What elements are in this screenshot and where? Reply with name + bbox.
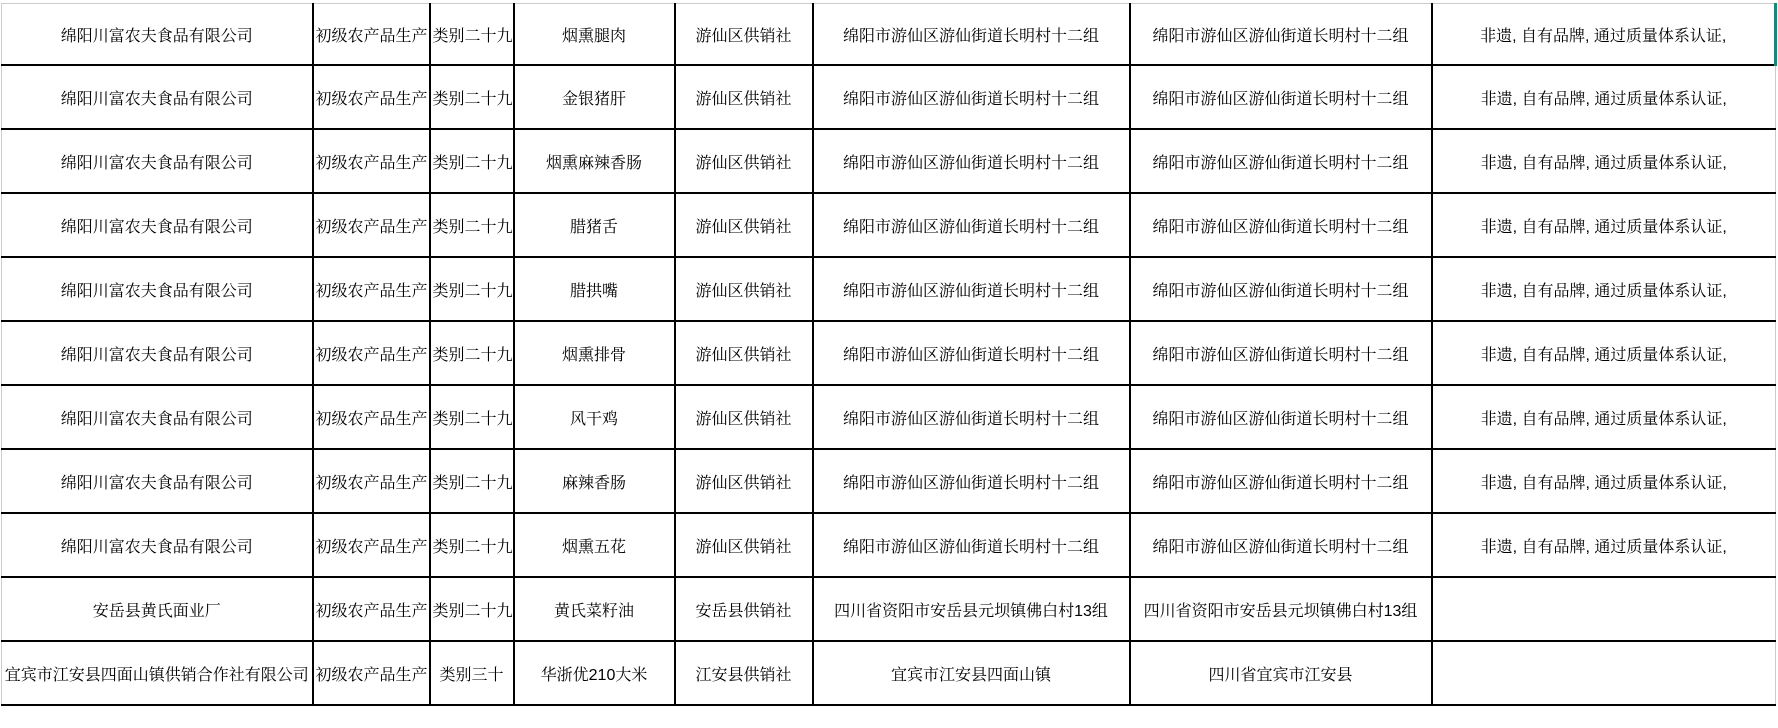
cell-company[interactable]: 绵阳川富农夫食品有限公司	[2, 4, 313, 66]
cell-category[interactable]: 类别二十九	[430, 321, 514, 385]
cell-registered-address[interactable]: 绵阳市游仙区游仙街道长明村十二组	[1130, 257, 1432, 321]
cell-attributes[interactable]: 非遗, 自有品牌, 通过质量体系认证,	[1432, 513, 1776, 577]
cell-company[interactable]: 绵阳川富农夫食品有限公司	[2, 257, 313, 321]
cell-registered-address[interactable]: 绵阳市游仙区游仙街道长明村十二组	[1130, 385, 1432, 449]
cell-product[interactable]: 腊拱嘴	[514, 257, 675, 321]
cell-product[interactable]: 烟熏麻辣香肠	[514, 129, 675, 193]
cell-cooperative[interactable]: 游仙区供销社	[675, 321, 813, 385]
cell-production-type[interactable]: 初级农产品生产	[313, 641, 430, 705]
cell-company[interactable]: 绵阳川富农夫食品有限公司	[2, 513, 313, 577]
cell-cooperative[interactable]: 游仙区供销社	[675, 257, 813, 321]
cell-product[interactable]: 腊猪舌	[514, 193, 675, 257]
cell-registered-address[interactable]: 绵阳市游仙区游仙街道长明村十二组	[1130, 513, 1432, 577]
cell-product[interactable]: 烟熏腿肉	[514, 4, 675, 66]
cell-registered-address[interactable]: 四川省资阳市安岳县元坝镇佛白村13组	[1130, 577, 1432, 641]
cell-company[interactable]: 绵阳川富农夫食品有限公司	[2, 129, 313, 193]
spreadsheet-viewport: 绵阳川富农夫食品有限公司初级农产品生产类别二十九烟熏腿肉游仙区供销社绵阳市游仙区…	[0, 0, 1778, 728]
cell-production-type[interactable]: 初级农产品生产	[313, 385, 430, 449]
cell-category[interactable]: 类别二十九	[430, 257, 514, 321]
cell-company[interactable]: 绵阳川富农夫食品有限公司	[2, 193, 313, 257]
cell-product[interactable]: 金银猪肝	[514, 65, 675, 129]
cell-product[interactable]: 华浙优210大米	[514, 641, 675, 705]
cell-address[interactable]: 绵阳市游仙区游仙街道长明村十二组	[813, 4, 1130, 66]
table-row: 宜宾市江安县四面山镇供销合作社有限公司初级农产品生产类别三十华浙优210大米江安…	[2, 641, 1776, 705]
cell-company[interactable]: 安岳县黄氏面业厂	[2, 577, 313, 641]
table-row: 绵阳川富农夫食品有限公司初级农产品生产类别二十九麻辣香肠游仙区供销社绵阳市游仙区…	[2, 449, 1776, 513]
cell-category[interactable]: 类别二十九	[430, 577, 514, 641]
table-row: 绵阳川富农夫食品有限公司初级农产品生产类别二十九烟熏五花游仙区供销社绵阳市游仙区…	[2, 513, 1776, 577]
cell-category[interactable]: 类别三十	[430, 641, 514, 705]
cell-address[interactable]: 绵阳市游仙区游仙街道长明村十二组	[813, 321, 1130, 385]
cell-cooperative[interactable]: 游仙区供销社	[675, 129, 813, 193]
cell-production-type[interactable]: 初级农产品生产	[313, 4, 430, 66]
cell-cooperative[interactable]: 游仙区供销社	[675, 4, 813, 66]
cell-category[interactable]: 类别二十九	[430, 65, 514, 129]
cell-cooperative[interactable]: 安岳县供销社	[675, 577, 813, 641]
cell-attributes[interactable]	[1432, 577, 1776, 641]
table-row: 绵阳川富农夫食品有限公司初级农产品生产类别二十九烟熏排骨游仙区供销社绵阳市游仙区…	[2, 321, 1776, 385]
cell-address[interactable]: 绵阳市游仙区游仙街道长明村十二组	[813, 385, 1130, 449]
table-row: 绵阳川富农夫食品有限公司初级农产品生产类别二十九金银猪肝游仙区供销社绵阳市游仙区…	[2, 65, 1776, 129]
cell-address[interactable]: 绵阳市游仙区游仙街道长明村十二组	[813, 449, 1130, 513]
cell-cooperative[interactable]: 游仙区供销社	[675, 385, 813, 449]
table-row: 绵阳川富农夫食品有限公司初级农产品生产类别二十九腊猪舌游仙区供销社绵阳市游仙区游…	[2, 193, 1776, 257]
cell-production-type[interactable]: 初级农产品生产	[313, 321, 430, 385]
cell-attributes[interactable]: 非遗, 自有品牌, 通过质量体系认证,	[1432, 257, 1776, 321]
cell-address[interactable]: 绵阳市游仙区游仙街道长明村十二组	[813, 193, 1130, 257]
cell-registered-address[interactable]: 绵阳市游仙区游仙街道长明村十二组	[1130, 129, 1432, 193]
cell-production-type[interactable]: 初级农产品生产	[313, 129, 430, 193]
cell-product[interactable]: 烟熏排骨	[514, 321, 675, 385]
cell-attributes[interactable]: 非遗, 自有品牌, 通过质量体系认证,	[1432, 65, 1776, 129]
cell-product[interactable]: 风干鸡	[514, 385, 675, 449]
cell-registered-address[interactable]: 绵阳市游仙区游仙街道长明村十二组	[1130, 193, 1432, 257]
cell-production-type[interactable]: 初级农产品生产	[313, 193, 430, 257]
cell-cooperative[interactable]: 游仙区供销社	[675, 513, 813, 577]
cell-product[interactable]: 黄氏菜籽油	[514, 577, 675, 641]
cell-attributes[interactable]: 非遗, 自有品牌, 通过质量体系认证,	[1432, 193, 1776, 257]
cell-registered-address[interactable]: 绵阳市游仙区游仙街道长明村十二组	[1130, 449, 1432, 513]
cell-production-type[interactable]: 初级农产品生产	[313, 257, 430, 321]
cell-address[interactable]: 绵阳市游仙区游仙街道长明村十二组	[813, 257, 1130, 321]
cell-category[interactable]: 类别二十九	[430, 513, 514, 577]
cell-address[interactable]: 绵阳市游仙区游仙街道长明村十二组	[813, 65, 1130, 129]
cell-production-type[interactable]: 初级农产品生产	[313, 513, 430, 577]
cell-cooperative[interactable]: 游仙区供销社	[675, 65, 813, 129]
spreadsheet-table: 绵阳川富农夫食品有限公司初级农产品生产类别二十九烟熏腿肉游仙区供销社绵阳市游仙区…	[1, 3, 1777, 706]
cell-registered-address[interactable]: 绵阳市游仙区游仙街道长明村十二组	[1130, 4, 1432, 66]
cell-cooperative[interactable]: 游仙区供销社	[675, 449, 813, 513]
cell-production-type[interactable]: 初级农产品生产	[313, 449, 430, 513]
cell-production-type[interactable]: 初级农产品生产	[313, 577, 430, 641]
cell-product[interactable]: 烟熏五花	[514, 513, 675, 577]
table-row: 绵阳川富农夫食品有限公司初级农产品生产类别二十九烟熏腿肉游仙区供销社绵阳市游仙区…	[2, 4, 1776, 66]
cell-category[interactable]: 类别二十九	[430, 385, 514, 449]
cell-registered-address[interactable]: 绵阳市游仙区游仙街道长明村十二组	[1130, 321, 1432, 385]
table-row: 绵阳川富农夫食品有限公司初级农产品生产类别二十九风干鸡游仙区供销社绵阳市游仙区游…	[2, 385, 1776, 449]
cell-attributes[interactable]	[1432, 641, 1776, 705]
cell-company[interactable]: 绵阳川富农夫食品有限公司	[2, 385, 313, 449]
cell-company[interactable]: 宜宾市江安县四面山镇供销合作社有限公司	[2, 641, 313, 705]
cell-category[interactable]: 类别二十九	[430, 193, 514, 257]
cell-address[interactable]: 绵阳市游仙区游仙街道长明村十二组	[813, 129, 1130, 193]
table-body: 绵阳川富农夫食品有限公司初级农产品生产类别二十九烟熏腿肉游仙区供销社绵阳市游仙区…	[2, 4, 1776, 706]
cell-registered-address[interactable]: 四川省宜宾市江安县	[1130, 641, 1432, 705]
cell-address[interactable]: 宜宾市江安县四面山镇	[813, 641, 1130, 705]
cell-category[interactable]: 类别二十九	[430, 4, 514, 66]
cell-attributes[interactable]: 非遗, 自有品牌, 通过质量体系认证,	[1432, 4, 1776, 66]
table-row: 安岳县黄氏面业厂初级农产品生产类别二十九黄氏菜籽油安岳县供销社四川省资阳市安岳县…	[2, 577, 1776, 641]
cell-address[interactable]: 四川省资阳市安岳县元坝镇佛白村13组	[813, 577, 1130, 641]
cell-cooperative[interactable]: 游仙区供销社	[675, 193, 813, 257]
cell-attributes[interactable]: 非遗, 自有品牌, 通过质量体系认证,	[1432, 129, 1776, 193]
cell-attributes[interactable]: 非遗, 自有品牌, 通过质量体系认证,	[1432, 385, 1776, 449]
cell-company[interactable]: 绵阳川富农夫食品有限公司	[2, 449, 313, 513]
table-row: 绵阳川富农夫食品有限公司初级农产品生产类别二十九烟熏麻辣香肠游仙区供销社绵阳市游…	[2, 129, 1776, 193]
cell-category[interactable]: 类别二十九	[430, 129, 514, 193]
cell-category[interactable]: 类别二十九	[430, 449, 514, 513]
cell-address[interactable]: 绵阳市游仙区游仙街道长明村十二组	[813, 513, 1130, 577]
table-row: 绵阳川富农夫食品有限公司初级农产品生产类别二十九腊拱嘴游仙区供销社绵阳市游仙区游…	[2, 257, 1776, 321]
cell-company[interactable]: 绵阳川富农夫食品有限公司	[2, 321, 313, 385]
cell-attributes[interactable]: 非遗, 自有品牌, 通过质量体系认证,	[1432, 321, 1776, 385]
cell-registered-address[interactable]: 绵阳市游仙区游仙街道长明村十二组	[1130, 65, 1432, 129]
cell-production-type[interactable]: 初级农产品生产	[313, 65, 430, 129]
cell-product[interactable]: 麻辣香肠	[514, 449, 675, 513]
cell-attributes[interactable]: 非遗, 自有品牌, 通过质量体系认证,	[1432, 449, 1776, 513]
cell-company[interactable]: 绵阳川富农夫食品有限公司	[2, 65, 313, 129]
cell-cooperative[interactable]: 江安县供销社	[675, 641, 813, 705]
